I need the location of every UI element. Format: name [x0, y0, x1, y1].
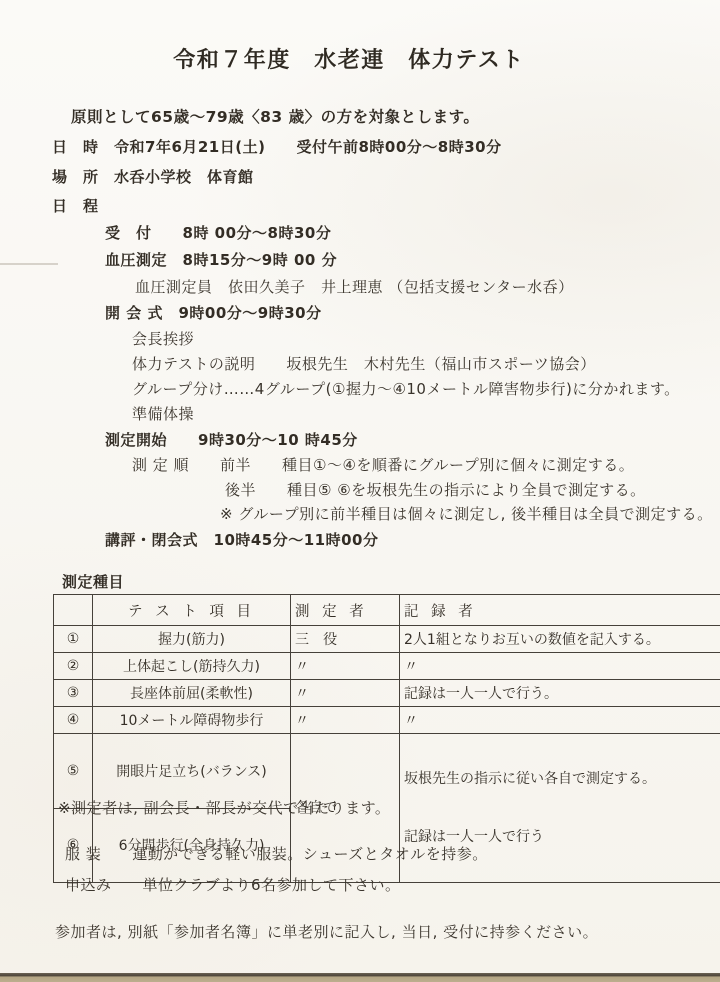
- header-no: [54, 595, 93, 626]
- schedule-order-first-half: 測 定 順 前半 種目①～④を順番にグループ別に個々に測定する。: [132, 454, 634, 476]
- table-row: ④ 10メートル障碍物歩行 〃 〃: [54, 707, 720, 734]
- table-header-row: テ ス ト 項 目 測 定 者 記 録 者: [54, 595, 720, 626]
- table-heading: 測定種目: [62, 571, 124, 593]
- test-item: 握力(筋力): [93, 626, 291, 653]
- participants-note: 参加者は, 別紙「参加者名簿」に単老別に記入し, 当日, 受付に持参ください。: [55, 921, 598, 943]
- recorder: 記録は一人一人で行う。: [400, 680, 720, 707]
- row-number: ④: [54, 707, 93, 734]
- tester: 三 役: [291, 626, 400, 653]
- document-title: 令和７年度 水老連 体力テスト: [0, 46, 698, 76]
- recorder: 〃: [400, 653, 720, 680]
- schedule-order-note: ※ グループ別に前半種目は個々に測定し, 後半種目は全員で測定する。: [220, 503, 713, 525]
- schedule-grouping: グループ分け……4グループ(①握力～④10メートル障害物歩行)に分かれます。: [132, 378, 680, 400]
- header-recorder: 記 録 者: [400, 595, 720, 626]
- eligibility-note: 原則として65歳～79歳〈83 歳〉の方を対象とします。: [71, 106, 479, 128]
- header-test-item: テ ス ト 項 目: [93, 595, 291, 626]
- meta-program-label: 日 程: [52, 195, 99, 217]
- schedule-blood-pressure: 血圧測定 8時15分～9時 00 分: [105, 249, 337, 271]
- schedule-explanation: 体力テストの説明 坂根先生 木村先生（福山市スポーツ協会）: [132, 353, 596, 375]
- row-number: ②: [54, 653, 93, 680]
- test-item: 長座体前屈(柔軟性): [93, 680, 291, 707]
- schedule-greeting: 会長挨拶: [132, 328, 194, 350]
- header-tester: 測 定 者: [291, 595, 400, 626]
- table-row: ① 握力(筋力) 三 役 2人1組となりお互いの数値を記入する。: [54, 626, 720, 653]
- test-item: 上体起こし(筋持久力): [93, 653, 291, 680]
- scanned-document-page: 令和７年度 水老連 体力テスト 原則として65歳～79歳〈83 歳〉の方を対象と…: [0, 0, 720, 982]
- tester-note: ※測定者は, 副会長・部長が交代で当たります。: [58, 797, 390, 819]
- paper-bottom-edge: [0, 973, 720, 982]
- schedule-opening-ceremony: 開 会 式 9時00分～9時30分: [105, 302, 322, 324]
- dress-code-line: 服 装 運動ができる軽い服装。シューズとタオルを持参。: [65, 843, 488, 865]
- tester: 〃: [291, 653, 400, 680]
- row-number: ③: [54, 680, 93, 707]
- recorder: 2人1組となりお互いの数値を記入する。: [400, 626, 720, 653]
- schedule-order-second-half: 後半 種目⑤ ⑥を坂根先生の指示により全員で測定する。: [225, 479, 646, 501]
- schedule-warmup: 準備体操: [132, 403, 194, 425]
- scan-artifact-line: [0, 263, 58, 265]
- measurement-items-table: テ ス ト 項 目 測 定 者 記 録 者 ① 握力(筋力) 三 役 2人1組と…: [53, 594, 720, 883]
- schedule-bp-staff: 血圧測定員 依田久美子 井上理恵 （包括支援センター水呑）: [135, 276, 574, 298]
- recorder: 坂根先生の指示に従い各自で測定する。: [404, 766, 720, 792]
- tester: 〃: [291, 680, 400, 707]
- row-number: ①: [54, 626, 93, 653]
- table-row: ② 上体起こし(筋持久力) 〃 〃: [54, 653, 720, 680]
- schedule-reception: 受 付 8時 00分～8時30分: [105, 222, 331, 244]
- schedule-closing-ceremony: 講評・閉会式 10時45分～11時00分: [105, 529, 379, 551]
- test-item: 10メートル障碍物歩行: [93, 707, 291, 734]
- recorder: 〃: [400, 707, 720, 734]
- application-line: 申込み 単位クラブより6名参加して下さい。: [65, 874, 401, 896]
- tester: 〃: [291, 707, 400, 734]
- schedule-measurement-start: 測定開始 9時30分～10 時45分: [105, 429, 358, 451]
- meta-place: 場 所 水呑小学校 体育館: [52, 166, 254, 188]
- table-row: ③ 長座体前屈(柔軟性) 〃 記録は一人一人で行う。: [54, 680, 720, 707]
- meta-datetime: 日 時 令和7年6月21日(土) 受付午前8時00分～8時30分: [52, 136, 502, 158]
